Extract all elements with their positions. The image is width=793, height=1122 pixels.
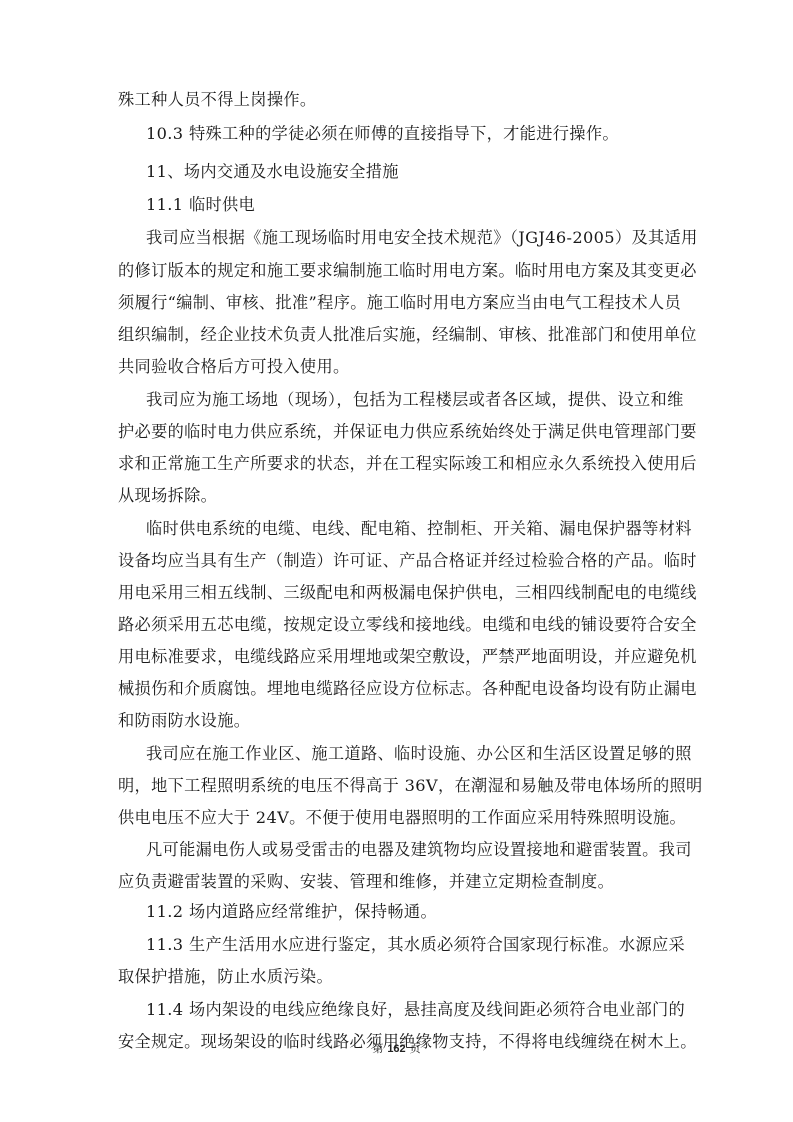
text-line: 11.3 生产生活用水应进行鉴定，其水质必须符合国家现行标准。水源应采: [146, 935, 678, 955]
text-line: 械损伤和介质腐蚀。埋地电缆路径应设方位标志。各种配电设备均设有防止漏电: [118, 679, 678, 699]
text-line: 路必须采用五芯电缆，按规定设立零线和接地线。电缆和电线的铺设要符合安全: [118, 615, 678, 635]
text-line: 我司应当根据《施工现场临时用电安全技术规范》（JGJ46-2005）及其适用: [146, 228, 678, 248]
text-line: 11.2 场内道路应经常维护，保持畅通。: [146, 902, 437, 922]
text-line: 殊工种人员不得上岗操作。: [118, 90, 316, 110]
text-line: 10.3 特殊工种的学徒必须在师傅的直接指导下，才能进行操作。: [146, 124, 619, 144]
text-line: 用电采用三相五线制、三级配电和两极漏电保护供电，三相四线制配电的电缆线: [118, 583, 678, 603]
text-line: 11.4 场内架设的电线应绝缘良好，悬挂高度及线间距必须符合电业部门的: [146, 1000, 678, 1020]
page-number-suffix: 页: [410, 1042, 421, 1055]
text-line: 从现场拆除。: [118, 486, 217, 506]
text-line: 11.1 临时供电: [146, 195, 255, 215]
text-line: 的修订版本的规定和施工要求编制施工临时用电方案。临时用电方案及其变更必: [118, 261, 678, 281]
text-line: 须履行“编制、审核、批准”程序。施工临时用电方案应当由电气工程技术人员: [118, 293, 678, 313]
page-footer: 第162页: [0, 1040, 793, 1056]
text-line: 取保护措施，防止水质污染。: [118, 967, 333, 987]
text-line: 护必要的临时电力供应系统，并保证电力供应系统始终处于满足供电管理部门要: [118, 422, 678, 442]
text-line: 我司应在施工作业区、施工道路、临时设施、办公区和生活区设置足够的照: [146, 744, 678, 764]
page-number: 162: [387, 1043, 405, 1055]
text-line: 和防雨防水设施。: [118, 711, 250, 731]
text-line: 凡可能漏电伤人或易受雷击的电器及建筑物均应设置接地和避雷装置。我司: [146, 840, 678, 860]
page-number-prefix: 第: [372, 1042, 383, 1055]
text-line: 临时供电系统的电缆、电线、配电箱、控制柜、开关箱、漏电保护器等材料: [146, 519, 678, 539]
text-line: 共同验收合格后方可投入使用。: [118, 357, 350, 377]
text-line: 11、场内交通及水电设施安全措施: [146, 162, 399, 182]
text-line: 明，地下工程照明系统的电压不得高于 36V，在潮湿和易触及带电体场所的照明: [118, 776, 678, 796]
text-line: 求和正常施工生产所要求的状态，并在工程实际竣工和相应永久系统投入使用后: [118, 454, 678, 474]
text-line: 设备均应当具有生产（制造）许可证、产品合格证并经过检验合格的产品。临时: [118, 551, 678, 571]
text-line: 应负责避雷装置的采购、安装、管理和维修，并建立定期检查制度。: [118, 872, 614, 892]
text-line: 供电电压不应大于 24V。不便于使用电器照明的工作面应采用特殊照明设施。: [118, 808, 686, 828]
text-line: 用电标准要求，电缆线路应采用埋地或架空敷设，严禁严地面明设，并应避免机: [118, 647, 678, 667]
text-line: 我司应为施工场地（现场），包括为工程楼层或者各区域，提供、设立和维: [146, 390, 678, 410]
text-line: 组织编制，经企业技术负责人批准后实施，经编制、审核、批准部门和使用单位: [118, 325, 678, 345]
